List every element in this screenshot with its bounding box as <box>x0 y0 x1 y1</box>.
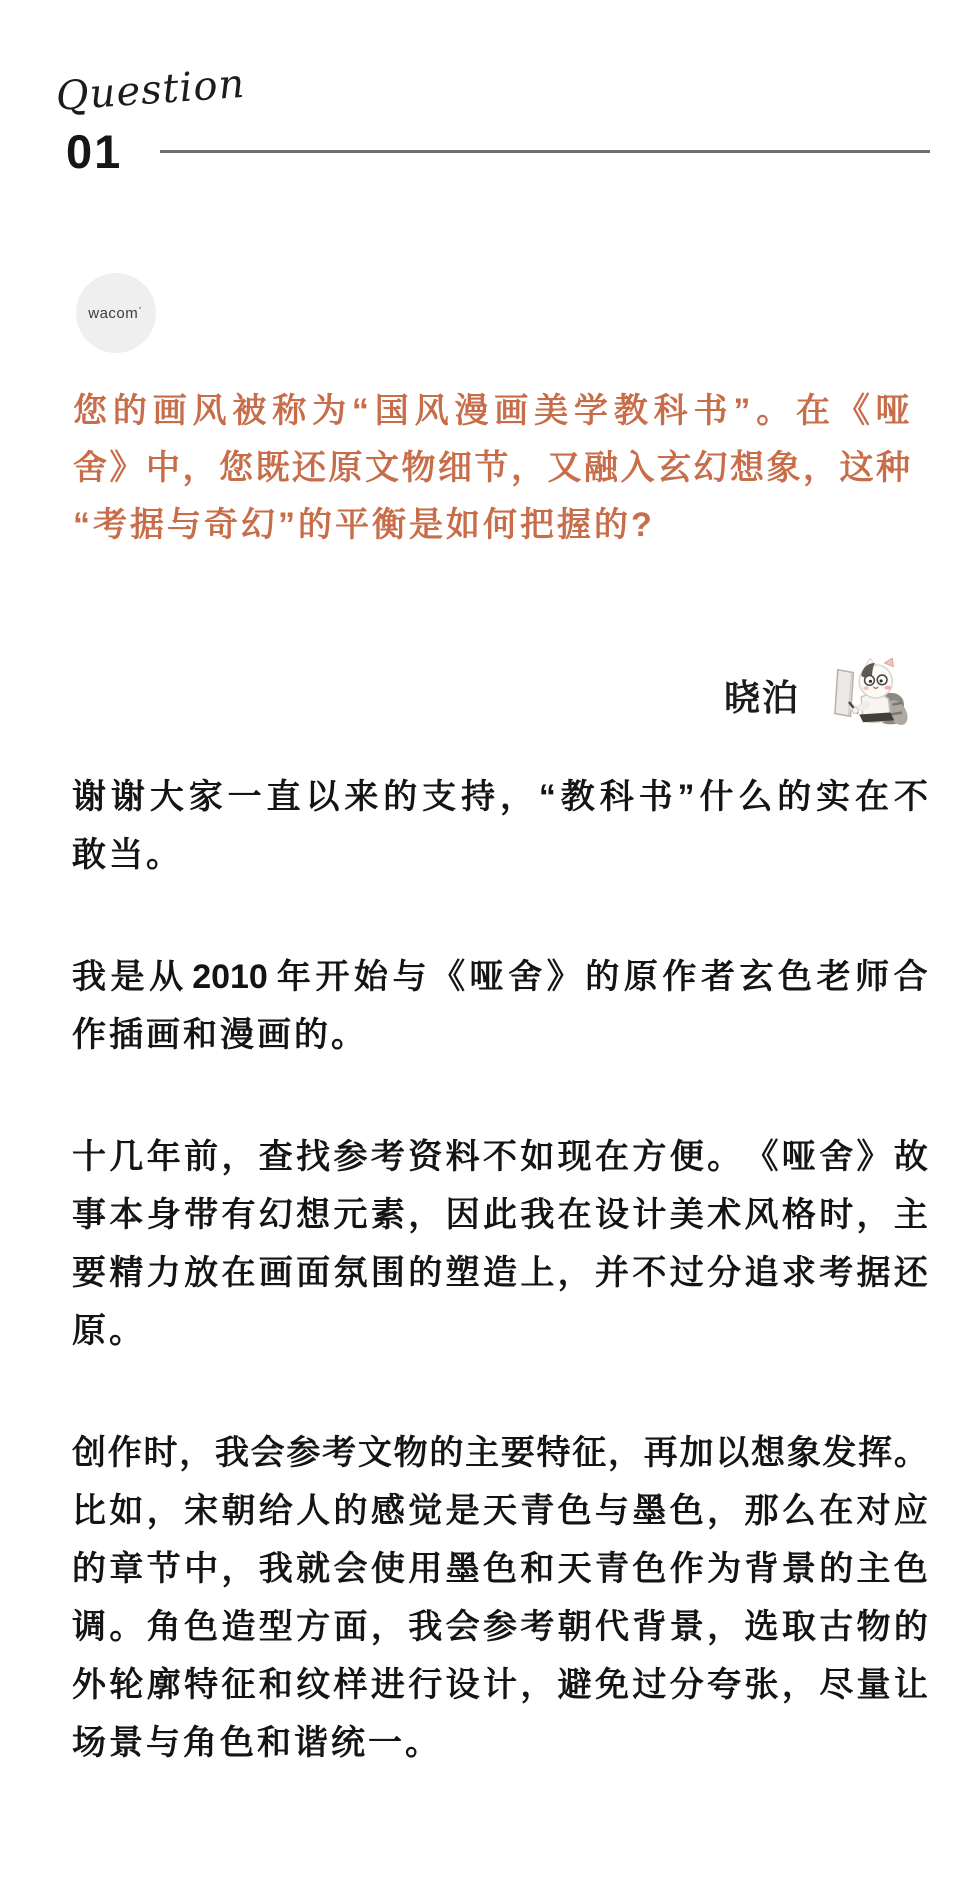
question-script-heading: Question <box>54 61 246 120</box>
answer-line: 事本身带有幻想元素，因此我在设计美术风格时，主 <box>72 1186 928 1244</box>
question-number: 01 <box>66 128 122 175</box>
interview-question: 您的画风被称为“国风漫画美学教科书”。在《哑 舍》中，您既还原文物细节，又融入玄… <box>73 383 910 554</box>
answer-line: 十几年前，查找参考资料不如现在方便。《哑舍》故 <box>72 1128 928 1186</box>
answer-line: 谢谢大家一直以来的支持，“教科书”什么的实在不 <box>72 768 928 826</box>
question-number-row: 01 <box>66 128 930 175</box>
answer-line: 要精力放在画面氛围的塑造上，并不过分追求考据还 <box>72 1244 928 1302</box>
answer-line: 原。 <box>72 1302 928 1360</box>
answer-line: 比如，宋朝给人的感觉是天青色与墨色，那么在对应 <box>72 1482 928 1540</box>
interview-answer: 谢谢大家一直以来的支持，“教科书”什么的实在不 敢当。 我是从 2010 年开始… <box>72 768 928 1772</box>
question-line: 您的画风被称为“国风漫画美学教科书”。在《哑 <box>73 383 910 440</box>
answer-line: 调。角色造型方面，我会参考朝代背景，选取古物的 <box>72 1598 928 1656</box>
answer-line: 敢当。 <box>72 826 928 884</box>
answer-line: 场景与角色和谐统一。 <box>72 1714 928 1772</box>
answer-line: 的章节中，我就会使用墨色和天青色作为背景的主色 <box>72 1540 928 1598</box>
answer-paragraph: 我是从 2010 年开始与《哑舍》的原作者玄色老师合 作插画和漫画的。 <box>72 948 928 1064</box>
answer-line: 作插画和漫画的。 <box>72 1006 928 1064</box>
question-line: 舍》中，您既还原文物细节，又融入玄幻想象，这种 <box>73 440 910 497</box>
answer-paragraph: 十几年前，查找参考资料不如现在方便。《哑舍》故 事本身带有幻想元素，因此我在设计… <box>72 1128 928 1360</box>
answer-line: 创作时，我会参考文物的主要特征，再加以想象发挥。 <box>72 1424 928 1482</box>
divider-rule <box>160 150 930 153</box>
answerer-byline: 晓泊 <box>0 658 910 732</box>
wacom-badge: wacom˙ <box>76 273 156 353</box>
article-page: Question 01 wacom˙ 您的画风被称为“国风漫画美学教科书”。在《… <box>0 0 980 1904</box>
answer-paragraph: 谢谢大家一直以来的支持，“教科书”什么的实在不 敢当。 <box>72 768 928 884</box>
answer-line: 我是从 2010 年开始与《哑舍》的原作者玄色老师合 <box>72 948 928 1006</box>
answerer-name: 晓泊 <box>724 670 800 721</box>
question-line: “考据与奇幻”的平衡是如何把握的? <box>73 497 910 554</box>
wacom-logo-text: wacom˙ <box>88 305 144 322</box>
cat-artist-avatar-icon <box>826 658 910 732</box>
answer-line: 外轮廓特征和纹样进行设计，避免过分夸张，尽量让 <box>72 1656 928 1714</box>
answer-paragraph: 创作时，我会参考文物的主要特征，再加以想象发挥。 比如，宋朝给人的感觉是天青色与… <box>72 1424 928 1772</box>
